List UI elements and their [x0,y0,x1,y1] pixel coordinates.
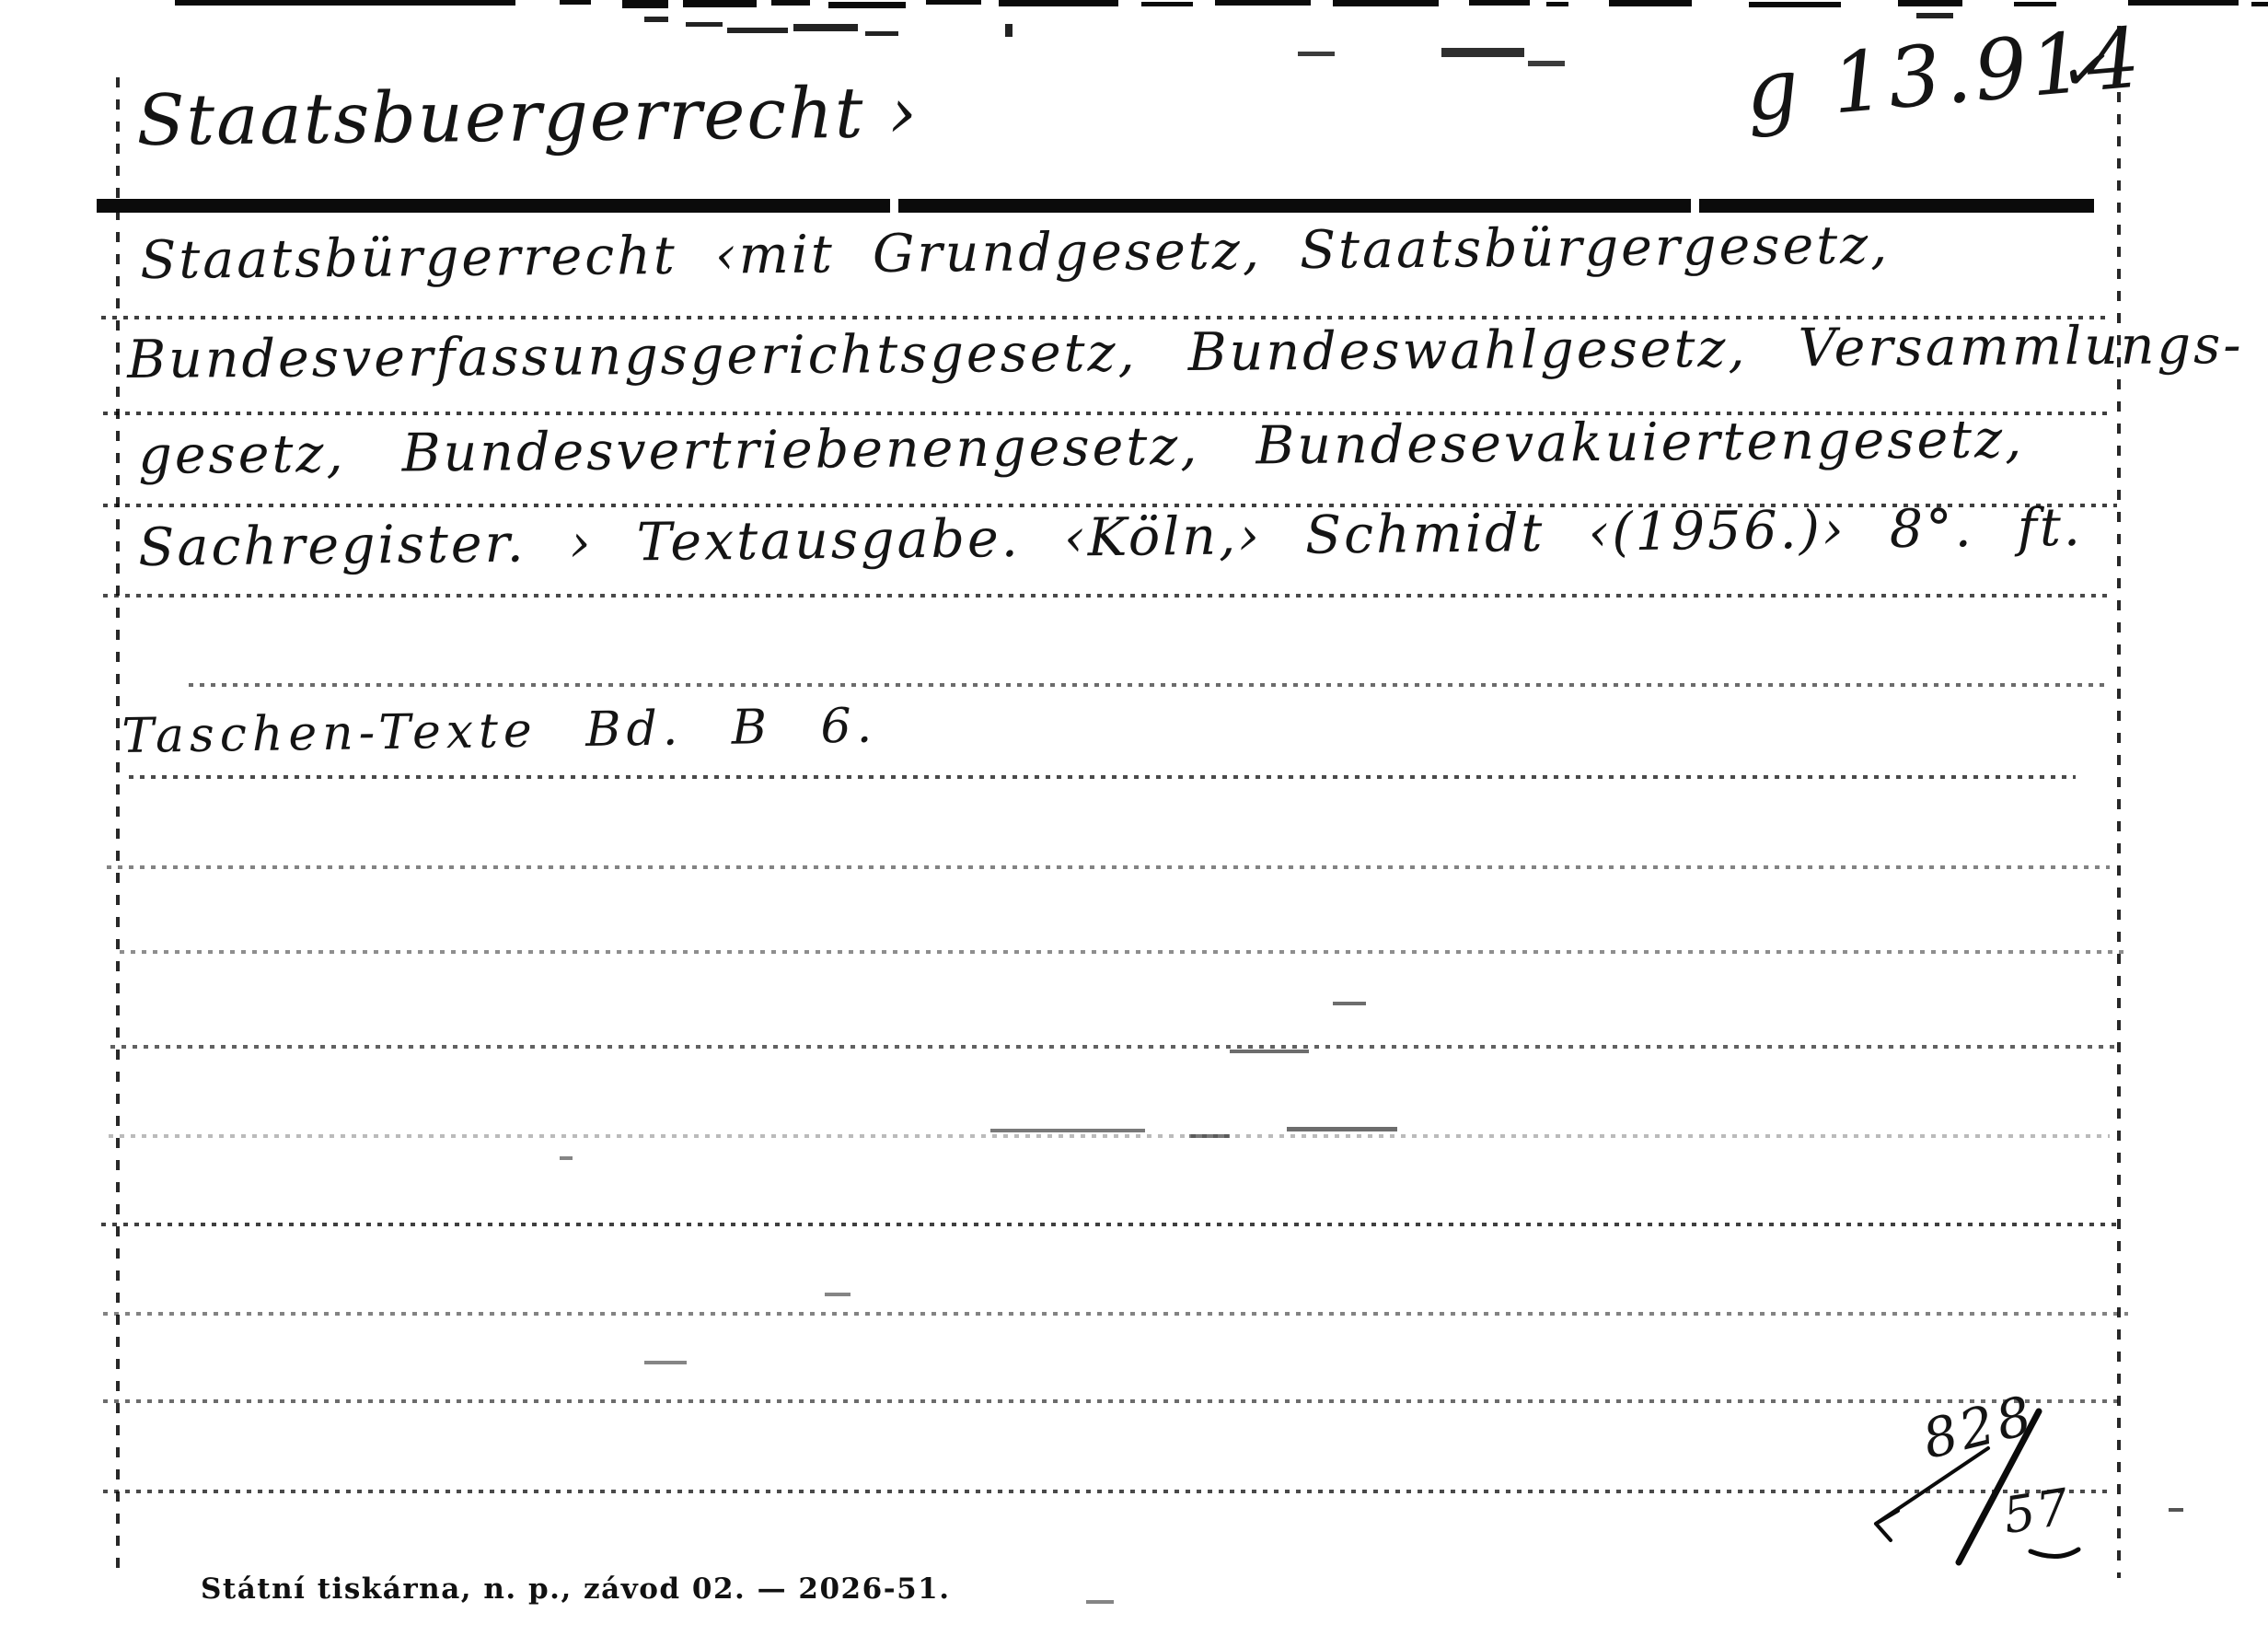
body-line: Staatsbürgerrecht ‹mit Grundgesetz, Staa… [140,215,1891,291]
printer-imprint: Státní tiskárna, n. p., závod 02. — 2026… [201,1572,951,1606]
body-line: Bundesverfassungsgerichtsgesetz, Bundesw… [127,315,2244,390]
call-number: g 13.914 [1741,9,2147,140]
scan-artifact [644,17,668,22]
scan-artifact [926,0,981,5]
scan-artifact [683,0,757,7]
scan-artifact [727,28,788,33]
rule-line [107,865,2110,869]
left-margin-line [116,77,120,1580]
rule-line [110,1045,2119,1049]
rule-line [103,412,2113,415]
scan-artifact [1189,1134,1230,1138]
underline-gap [1691,199,1699,213]
card-heading: Staatsbuergerrecht › [136,71,919,161]
scan-artifact [1141,2,1193,6]
scan-artifact [622,0,668,8]
scan-artifact [1215,0,1311,6]
scan-artifact [1469,0,1530,6]
scan-artifact [1898,0,1962,6]
scan-artifact [1298,52,1335,56]
scan-artifact [1005,24,1012,37]
scan-artifact [644,1361,687,1364]
scan-artifact [793,24,858,31]
scan-artifact [175,0,515,6]
scan-artifact [1546,2,1568,6]
scan-artifact [560,1156,573,1160]
scan-artifact [2128,0,2239,6]
scan-artifact [2169,1508,2183,1512]
heading-underline [97,199,2094,213]
scan-artifact [1086,1600,1114,1604]
rule-line [101,316,2108,319]
right-margin-line [2117,26,2121,1578]
rule-line [103,1399,2119,1403]
rule-line [189,683,2110,687]
scan-artifact [1441,48,1524,57]
scan-artifact [828,2,906,8]
rule-line [120,950,2126,954]
rule-line [129,775,2076,779]
scan-artifact [686,22,723,27]
body-line: gesetz, Bundesvertriebenengesetz, Bundes… [138,409,2024,486]
accession-number-bottom: 57 [1999,1478,2075,1546]
rule-line [103,1490,2110,1493]
series-note: Taschen-Texte Bd. B 6. [121,699,878,764]
rule-line [103,1312,2128,1316]
rule-line [109,1134,2110,1138]
scan-artifact [865,31,898,36]
scan-artifact [1609,0,1692,6]
scan-artifact [2251,2,2268,6]
scan-artifact [2014,2,2056,6]
scan-artifact [1333,0,1439,6]
scan-artifact [999,0,1118,6]
rule-line [103,504,2117,507]
scan-artifact [1916,13,1953,18]
scan-artifact [1230,1050,1309,1053]
scan-artifact [560,0,591,5]
scan-artifact [825,1293,850,1296]
catalog-card-scan: ✓ Staatsbuergerrecht › g 13.914 Staatsbü… [0,0,2268,1636]
body-line: Sachregister. › Textausgabe. ‹Köln,› Sch… [138,497,2083,578]
scan-artifact [1287,1127,1397,1131]
scan-artifact [1528,61,1565,66]
rule-line [103,594,2110,598]
scan-artifact [990,1129,1145,1132]
rule-line [101,1223,2119,1226]
underline-gap [890,199,898,213]
scan-artifact [1333,1002,1366,1005]
scan-artifact [1749,2,1841,7]
scan-artifact [771,0,810,6]
